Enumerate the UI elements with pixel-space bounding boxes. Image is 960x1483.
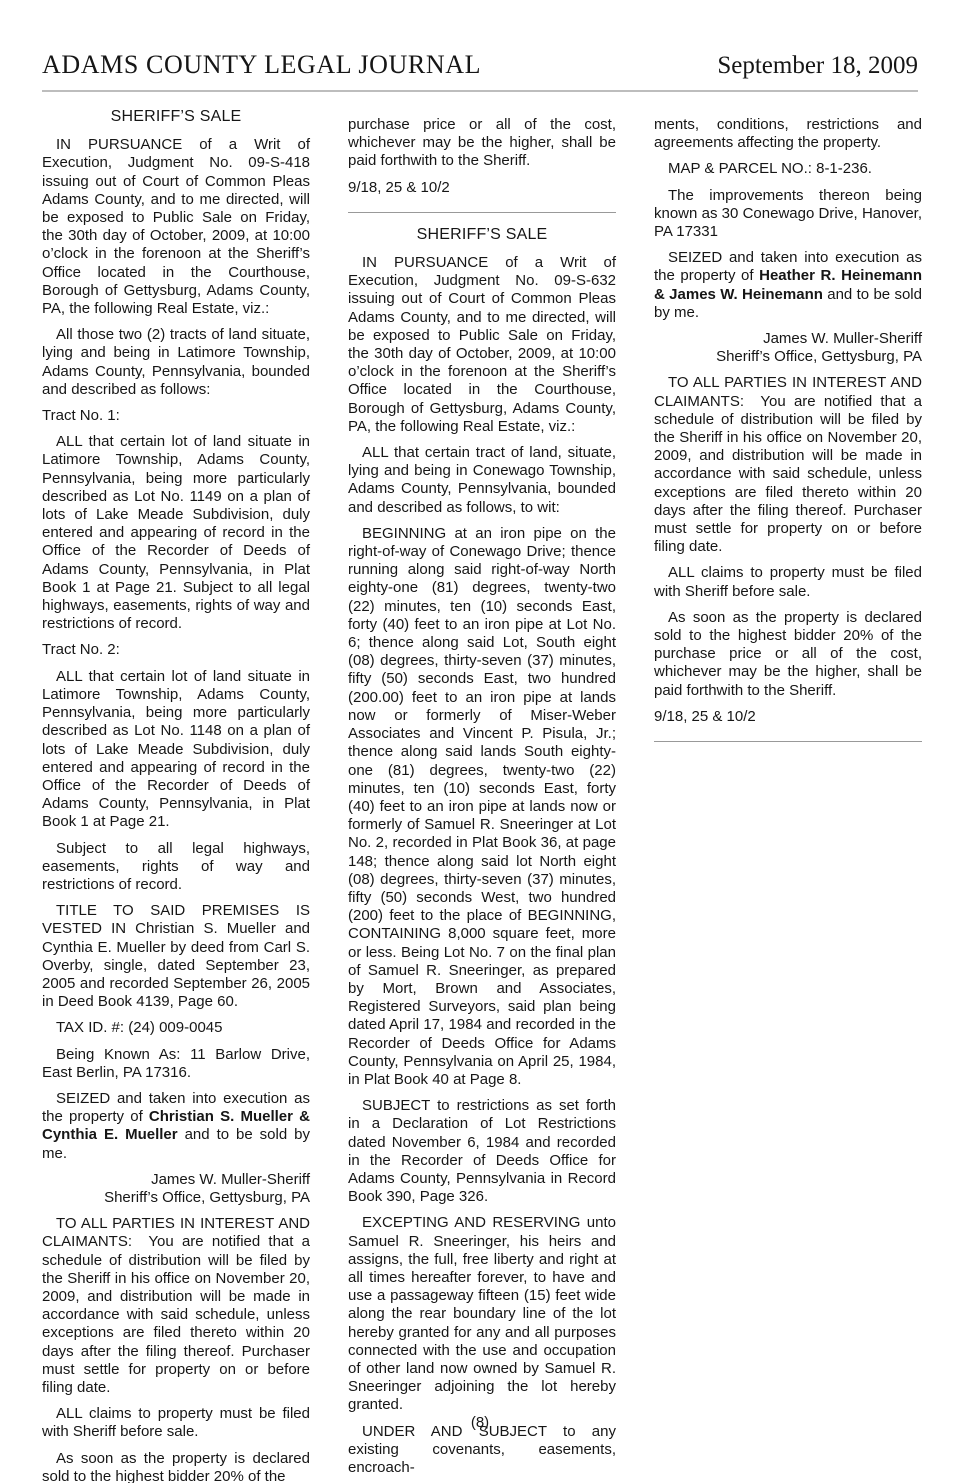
- paragraph: SUBJECT to restrictions as set forth in …: [348, 1097, 616, 1206]
- column-2: purchase price or all of the cost, which…: [348, 108, 616, 1477]
- paragraph: TO ALL PARTIES IN INTEREST AND CLAIMANTS…: [42, 1215, 310, 1397]
- notice-divider: [348, 212, 616, 213]
- paragraph: Subject to all legal highways, easements…: [42, 840, 310, 895]
- issue-date: September 18, 2009: [717, 52, 918, 80]
- paragraph: IN PURSUANCE of a Writ of Execution, Jud…: [42, 136, 310, 318]
- columns: SHERIFF’S SALEIN PURSUANCE of a Writ of …: [0, 92, 960, 1483]
- paragraph: EXCEPTING AND RESERVING unto Samuel R. S…: [348, 1214, 616, 1414]
- journal-title: ADAMS COUNTY LEGAL JOURNAL: [42, 50, 481, 80]
- paragraph: BEGINNING at an iron pipe on the right-o…: [348, 525, 616, 1089]
- signature-block: James W. Muller-SheriffSheriff’s Office,…: [42, 1171, 310, 1207]
- seized-paragraph: SEIZED and taken into execution as the p…: [654, 249, 922, 322]
- signature-block: James W. Muller-SheriffSheriff’s Office,…: [654, 330, 922, 366]
- notice-heading: SHERIFF’S SALE: [42, 108, 310, 126]
- journal-page: ADAMS COUNTY LEGAL JOURNAL September 18,…: [0, 0, 960, 1483]
- seized-paragraph: SEIZED and taken into execution as the p…: [42, 1090, 310, 1163]
- tract-label: Tract No. 1:: [42, 407, 310, 425]
- paragraph: All those two (2) tracts of land situate…: [42, 326, 310, 399]
- notice-heading: SHERIFF’S SALE: [348, 226, 616, 244]
- property-address: The improvements thereon being known as …: [654, 187, 922, 242]
- property-address: Being Known As: 11 Barlow Drive, East Be…: [42, 1046, 310, 1082]
- column-1: SHERIFF’S SALEIN PURSUANCE of a Writ of …: [42, 108, 310, 1483]
- continued-paragraph: purchase price or all of the cost, which…: [348, 116, 616, 171]
- tax-id: TAX ID. #: (24) 009-0045: [42, 1019, 310, 1037]
- column-3: ments, conditions, restrictions and agre…: [654, 108, 922, 755]
- paragraph: ALL that certain lot of land situate in …: [42, 433, 310, 633]
- paragraph: ALL that certain lot of land situate in …: [42, 668, 310, 832]
- paragraph: ALL claims to property must be filed wit…: [654, 564, 922, 600]
- paragraph: TITLE TO SAID PREMISES IS VESTED IN Chri…: [42, 902, 310, 1011]
- continued-paragraph: ments, conditions, restrictions and agre…: [654, 116, 922, 152]
- paragraph: IN PURSUANCE of a Writ of Execution, Jud…: [348, 254, 616, 436]
- signature-line: James W. Muller-Sheriff: [654, 330, 922, 348]
- paragraph: ALL that certain tract of land, situate,…: [348, 444, 616, 517]
- paragraph: TO ALL PARTIES IN INTEREST AND CLAIMANTS…: [654, 374, 922, 556]
- page-number: (8): [0, 1414, 960, 1431]
- paragraph: As soon as the property is declared sold…: [654, 609, 922, 700]
- publication-dates: 9/18, 25 & 10/2: [654, 708, 922, 726]
- page-header: ADAMS COUNTY LEGAL JOURNAL September 18,…: [0, 0, 960, 80]
- notice-divider: [654, 741, 922, 742]
- signature-line: Sheriff’s Office, Gettysburg, PA: [42, 1189, 310, 1207]
- tract-label: Tract No. 2:: [42, 641, 310, 659]
- publication-dates: 9/18, 25 & 10/2: [348, 179, 616, 197]
- signature-line: Sheriff’s Office, Gettysburg, PA: [654, 348, 922, 366]
- paragraph: As soon as the property is declared sold…: [42, 1450, 310, 1483]
- signature-line: James W. Muller-Sheriff: [42, 1171, 310, 1189]
- map-parcel: MAP & PARCEL NO.: 8-1-236.: [654, 160, 922, 178]
